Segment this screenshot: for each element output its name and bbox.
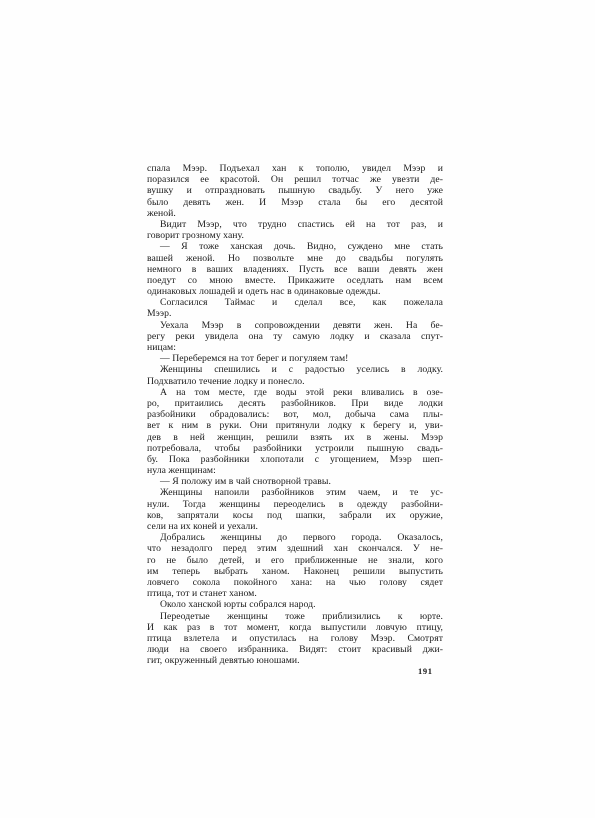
book-page: спала Мээр. Подъехал хан к тополю, увиде…: [0, 0, 595, 818]
text-line: спала Мээр. Подъехал хан к тополю, увиде…: [147, 163, 443, 174]
text-line: птица взлетела и опустилась на голову Мэ…: [147, 633, 443, 644]
text-line: потребовала, чтобы разбойники устроили п…: [147, 443, 443, 454]
text-line: Согласился Таймас и сделал все, как поже…: [147, 297, 443, 308]
text-line: И как раз в тот момент, когда выпустили …: [147, 622, 443, 633]
text-line: птица, тот и станет ханом.: [147, 588, 443, 599]
text-line: ков, запрятали косы под шапки, забрали и…: [147, 510, 443, 521]
text-line: вет к ним в руки. Они притянули лодку к …: [147, 420, 443, 431]
text-line: А на том месте, где воды этой реки влива…: [147, 387, 443, 398]
text-line: говорит грозному хану.: [147, 230, 443, 241]
text-line: поразился ее красотой. Он решил тотчас ж…: [147, 174, 443, 185]
text-line: поедут со мною вместе. Прикажите оседлат…: [147, 275, 443, 286]
text-line: дев в ней женщин, решили взять их в жены…: [147, 432, 443, 443]
text-line: Переодетые женщины тоже приблизились к ю…: [147, 611, 443, 622]
text-block: спала Мээр. Подъехал хан к тополю, увиде…: [147, 163, 443, 666]
text-line: нула женщинам:: [147, 465, 443, 476]
text-line: Добрались женщины до первого города. Ока…: [147, 532, 443, 543]
text-line: немного в ваших владениях. Пусть все ваш…: [147, 264, 443, 275]
text-line: — Я тоже ханская дочь. Видно, суждено мн…: [147, 241, 443, 252]
text-line: женой.: [147, 208, 443, 219]
text-line: бу. Пока разбойники хлопотали с угощение…: [147, 454, 443, 465]
text-line: ловчего сокола покойного хана: на чью го…: [147, 577, 443, 588]
text-line: — Переберемся на тот берег и погуляем та…: [147, 353, 443, 364]
text-line: Видит Мээр, что трудно спастись ей на то…: [147, 219, 443, 230]
text-line: вашей женой. Но позвольте мне до свадьбы…: [147, 253, 443, 264]
text-line: Женщины спешились и с радостью уселись в…: [147, 364, 443, 375]
text-line: гит, окруженный девятью юношами.: [147, 655, 443, 666]
text-line: ницам:: [147, 342, 443, 353]
text-line: Женщины напоили разбойников этим чаем, и…: [147, 487, 443, 498]
text-line: люди на своего избранника. Видят: стоит …: [147, 644, 443, 655]
text-line: им теперь выбрать ханом. Наконец решили …: [147, 566, 443, 577]
text-line: Около ханской юрты собрался народ.: [147, 599, 443, 610]
text-line: го не было детей, и его приближенные не …: [147, 555, 443, 566]
text-line: нули. Тогда женщины переоделись в одежду…: [147, 499, 443, 510]
text-line: регу реки увидела она ту самую лодку и с…: [147, 331, 443, 342]
text-line: одинаковых лошадей и одеть нас в одинако…: [147, 286, 443, 297]
text-line: сели на их коней и уехали.: [147, 521, 443, 532]
page-number: 191: [418, 666, 433, 676]
text-line: — Я положу им в чай снотворной травы.: [147, 476, 443, 487]
text-line: вушку и отпраздновать пышную свадьбу. У …: [147, 185, 443, 196]
text-line: Мээр.: [147, 308, 443, 319]
text-line: Подхватило течение лодку и понесло.: [147, 376, 443, 387]
text-line: Уехала Мээр в сопровождении девяти жен. …: [147, 320, 443, 331]
text-line: разбойники обрадовались: вот, мол, добыч…: [147, 409, 443, 420]
text-line: что незадолго перед этим здешний хан ско…: [147, 543, 443, 554]
text-line: ро, притаились десять разбойников. При в…: [147, 398, 443, 409]
text-line: было девять жен. И Мээр стала бы его дес…: [147, 197, 443, 208]
